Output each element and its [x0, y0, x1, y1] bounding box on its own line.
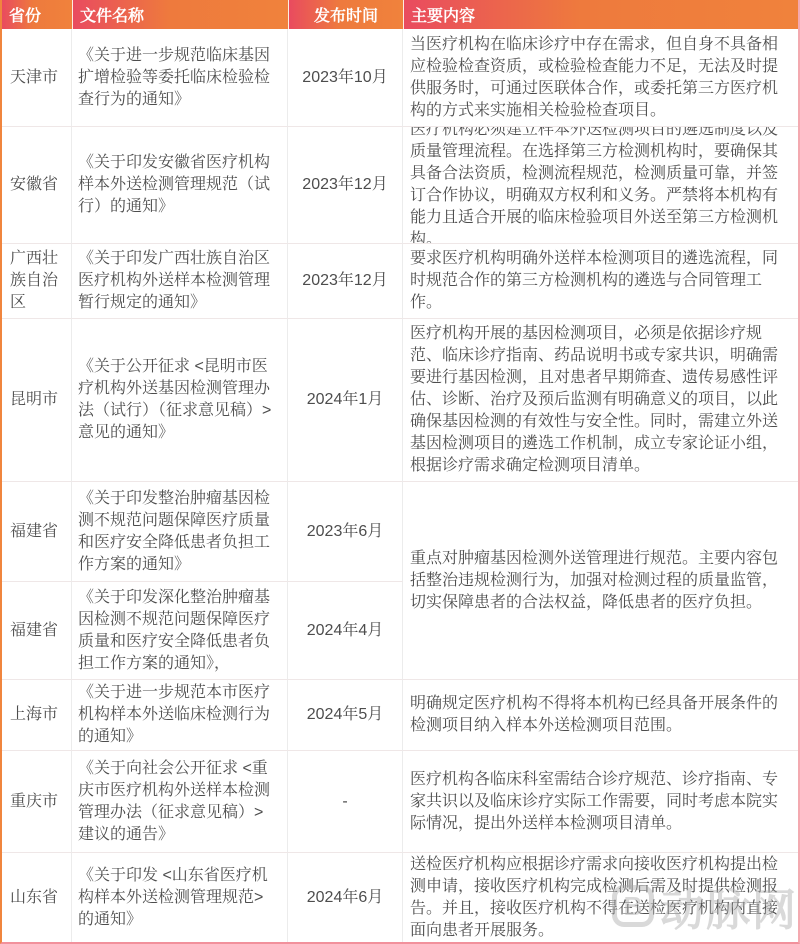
document-cell-text: 《关于印发广西壮族自治区医疗机构外送样本检测管理暂行规定的通知》: [78, 248, 281, 314]
document-cell-text: 《关于向社会公开征求 <重庆市医疗机构外送样本检测管理办法（征求意见稿）> 建议…: [78, 758, 281, 846]
content-cell-text: 当医疗机构在临床诊疗中存在需求，但自身不具备相应检验检查资质，或检验检查能力不足…: [410, 34, 791, 122]
date-cell: 2023年12月: [288, 244, 403, 319]
content-cell-text: 医疗机构各临床科室需结合诊疗规范、诊疗指南、专家共识以及临床诊疗实际工作需要，同…: [410, 769, 791, 835]
document-cell-text: 《关于进一步规范临床基因扩增检验等委托临床检验检查行为的通知》: [78, 45, 281, 111]
content-cell-text: 重点对肿瘤基因检测外送管理进行规范。主要内容包括整治违规检测行为，加强对检测过程…: [410, 548, 791, 614]
province-cell-text: 昆明市: [10, 389, 67, 411]
province-cell: 福建省: [2, 582, 72, 680]
document-cell-text: 《关于印发深化整治肿瘤基因检测不规范问题保障医疗质量和医疗安全降低患者负担工作方…: [78, 587, 281, 675]
document-cell: 《关于印发 <山东省医疗机构样本外送检测管理规范> 的通知》: [72, 853, 288, 942]
content-cell: 送检医疗机构应根据诊疗需求向接收医疗机构提出检测申请，接收医疗机构完成检测后需及…: [403, 853, 798, 942]
regulation-table: 省份 文件名称 发布时间 主要内容 天津市《关于进一步规范临床基因扩增检验等委托…: [0, 0, 800, 944]
content-cell: 要求医疗机构明确外送样本检测项目的遴选流程，同时规范合作的第三方检测机构的遴选与…: [403, 244, 798, 319]
content-cell: 医疗机构各临床科室需结合诊疗规范、诊疗指南、专家共识以及临床诊疗实际工作需要，同…: [403, 751, 798, 853]
province-cell: 上海市: [2, 680, 72, 751]
document-cell: 《关于进一步规范本市医疗机构样本外送临床检测行为的通知》: [72, 680, 288, 751]
province-cell: 天津市: [2, 29, 72, 127]
date-cell-text: 2023年12月: [292, 174, 398, 196]
header-publish-date: 发布时间: [288, 0, 403, 29]
content-cell: 当医疗机构在临床诊疗中存在需求，但自身不具备相应检验检查资质，或检验检查能力不足…: [403, 29, 798, 127]
province-cell-text: 广西壮族自治区: [10, 248, 67, 314]
content-cell-text: 送检医疗机构应根据诊疗需求向接收医疗机构提出检测申请，接收医疗机构完成检测后需及…: [410, 854, 791, 942]
date-cell-text: 2024年5月: [292, 704, 398, 726]
date-cell-text: 2023年10月: [292, 67, 398, 89]
header-main-content: 主要内容: [403, 0, 798, 29]
date-cell: 2023年6月: [288, 482, 403, 582]
header-province: 省份: [2, 0, 72, 29]
province-cell-text: 福建省: [10, 521, 67, 543]
document-cell: 《关于向社会公开征求 <重庆市医疗机构外送样本检测管理办法（征求意见稿）> 建议…: [72, 751, 288, 853]
date-cell: 2023年10月: [288, 29, 403, 127]
date-cell-text: 2023年12月: [292, 270, 398, 292]
province-cell: 重庆市: [2, 751, 72, 853]
date-cell: 2024年6月: [288, 853, 403, 942]
document-cell: 《关于公开征求 <昆明市医疗机构外送基因检测管理办法（试行）（征求意见稿）> 意…: [72, 319, 288, 482]
header-document-name: 文件名称: [72, 0, 288, 29]
province-cell-text: 重庆市: [10, 791, 67, 813]
document-cell-text: 《关于印发 <山东省医疗机构样本外送检测管理规范> 的通知》: [78, 865, 281, 931]
content-cell: 医疗机构开展的基因检测项目，必须是依据诊疗规范、临床诊疗指南、药品说明书或专家共…: [403, 319, 798, 482]
province-cell: 广西壮族自治区: [2, 244, 72, 319]
date-cell: 2024年4月: [288, 582, 403, 680]
document-cell: 《关于进一步规范临床基因扩增检验等委托临床检验检查行为的通知》: [72, 29, 288, 127]
date-cell-text: -: [292, 791, 398, 813]
content-cell-text: 医疗机构必须建立样本外送检测项目的遴选制度以及质量管理流程。在选择第三方检测机构…: [410, 127, 791, 244]
province-cell: 福建省: [2, 482, 72, 582]
document-cell: 《关于印发安徽省医疗机构样本外送检测管理规范（试行）的通知》: [72, 127, 288, 244]
province-cell: 山东省: [2, 853, 72, 942]
document-cell: 《关于印发整治肿瘤基因检测不规范问题保障医疗质量和医疗安全降低患者负担工作方案的…: [72, 482, 288, 582]
province-cell-text: 安徽省: [10, 174, 67, 196]
province-cell-text: 山东省: [10, 887, 67, 909]
date-cell: 2024年1月: [288, 319, 403, 482]
province-cell-text: 天津市: [10, 67, 67, 89]
date-cell: -: [288, 751, 403, 853]
province-cell: 安徽省: [2, 127, 72, 244]
province-cell-text: 上海市: [10, 704, 67, 726]
date-cell-text: 2023年6月: [292, 521, 398, 543]
content-cell: 明确规定医疗机构不得将本机构已经具备开展条件的检测项目纳入样本外送检测项目范围。: [403, 680, 798, 751]
document-cell: 《关于印发广西壮族自治区医疗机构外送样本检测管理暂行规定的通知》: [72, 244, 288, 319]
document-cell-text: 《关于印发安徽省医疗机构样本外送检测管理规范（试行）的通知》: [78, 152, 281, 218]
province-cell: 昆明市: [2, 319, 72, 482]
document-cell: 《关于印发深化整治肿瘤基因检测不规范问题保障医疗质量和医疗安全降低患者负担工作方…: [72, 582, 288, 680]
date-cell: 2023年12月: [288, 127, 403, 244]
document-cell-text: 《关于进一步规范本市医疗机构样本外送临床检测行为的通知》: [78, 682, 281, 748]
date-cell: 2024年5月: [288, 680, 403, 751]
content-cell-text: 明确规定医疗机构不得将本机构已经具备开展条件的检测项目纳入样本外送检测项目范围。: [410, 693, 791, 737]
content-cell-text: 医疗机构开展的基因检测项目，必须是依据诊疗规范、临床诊疗指南、药品说明书或专家共…: [410, 323, 791, 477]
date-cell-text: 2024年6月: [292, 887, 398, 909]
document-cell-text: 《关于印发整治肿瘤基因检测不规范问题保障医疗质量和医疗安全降低患者负担工作方案的…: [78, 488, 281, 576]
document-cell-text: 《关于公开征求 <昆明市医疗机构外送基因检测管理办法（试行）（征求意见稿）> 意…: [78, 356, 281, 444]
date-cell-text: 2024年4月: [292, 620, 398, 642]
content-cell: 医疗机构必须建立样本外送检测项目的遴选制度以及质量管理流程。在选择第三方检测机构…: [403, 127, 798, 244]
content-cell-text: 要求医疗机构明确外送样本检测项目的遴选流程，同时规范合作的第三方检测机构的遴选与…: [410, 248, 791, 314]
date-cell-text: 2024年1月: [292, 389, 398, 411]
province-cell-text: 福建省: [10, 620, 67, 642]
page: 省份 文件名称 发布时间 主要内容 天津市《关于进一步规范临床基因扩增检验等委托…: [0, 0, 800, 944]
content-cell: 重点对肿瘤基因检测外送管理进行规范。主要内容包括整治违规检测行为，加强对检测过程…: [403, 482, 798, 680]
